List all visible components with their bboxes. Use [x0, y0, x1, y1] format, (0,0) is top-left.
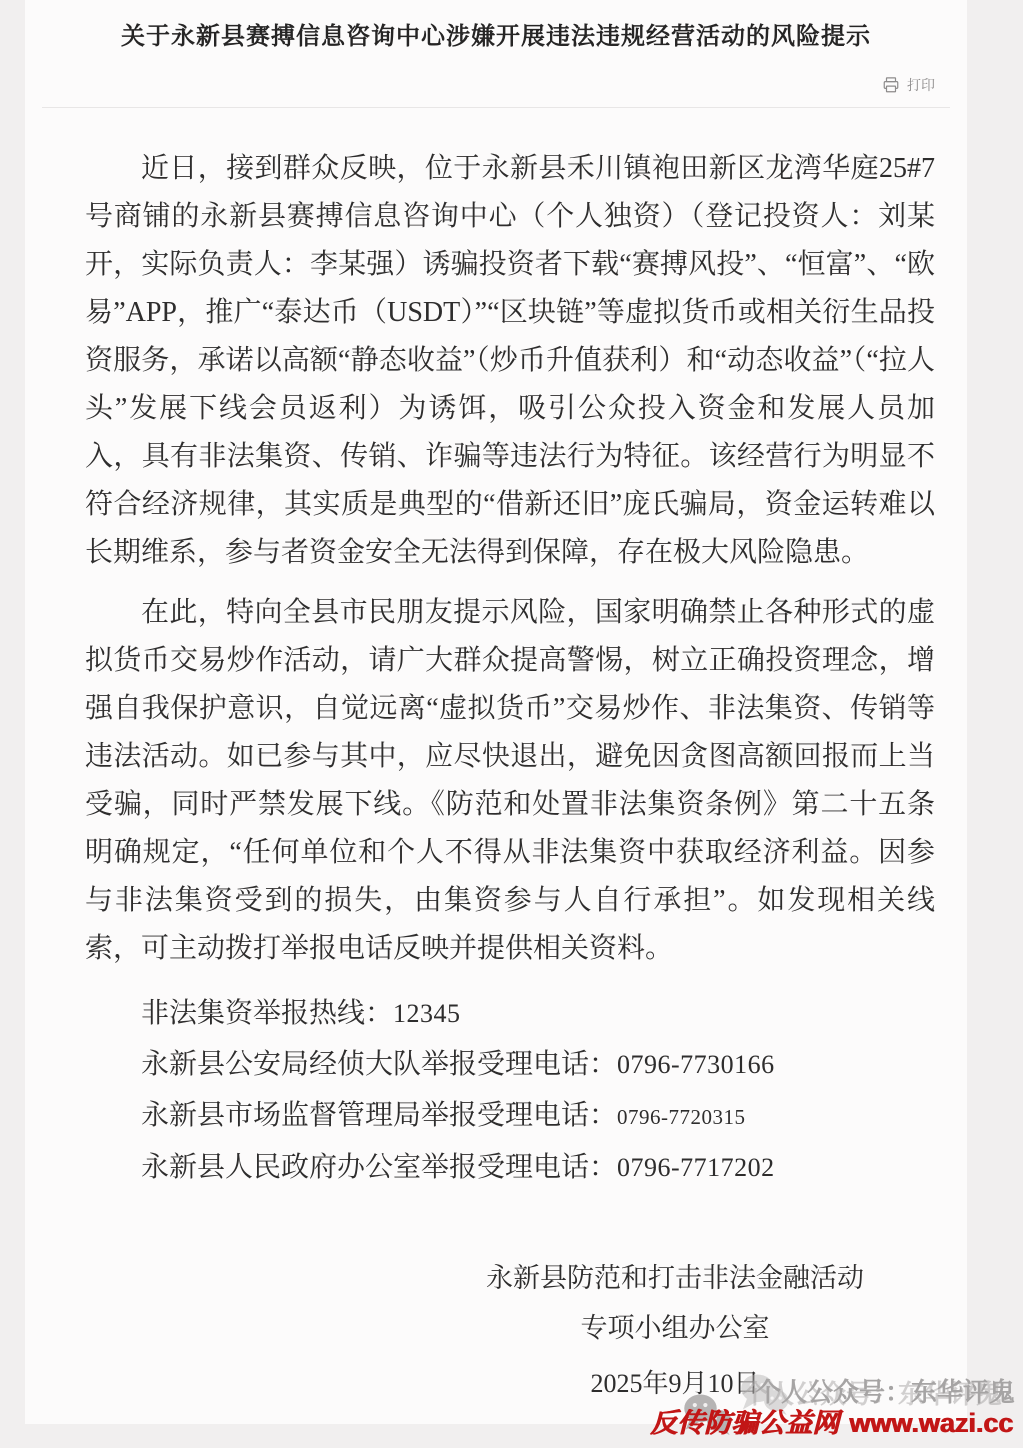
notice-body: 近日，接到群众反映，位于永新县禾川镇袍田新区龙湾华庭25#7号商铺的永新县赛搏信… — [85, 145, 935, 1409]
hotline-row-government: 永新县人民政府办公室举报受理电话：0796-7717202 — [85, 1151, 935, 1185]
hotline-row-market: 永新县市场监督管理局举报受理电话：0796-7720315 — [85, 1099, 935, 1134]
signature-block: 永新县防范和打击非法金融活动 专项小组办公室 2025年9月10日 — [435, 1253, 915, 1409]
paragraph-2: 在此，特向全县市民朋友提示风险，国家明确禁止各种形式的虚拟货币交易炒作活动，请广… — [85, 589, 935, 973]
signature-org-line2: 专项小组办公室 — [435, 1303, 915, 1353]
signature-org-line1: 永新县防范和打击非法金融活动 — [435, 1253, 915, 1303]
signature-date: 2025年9月10日 — [435, 1359, 915, 1409]
hotline-label: 非法集资举报热线： — [141, 998, 393, 1029]
print-button[interactable]: 打印 — [882, 75, 935, 95]
hotline-label: 永新县市场监督管理局举报受理电话： — [141, 1100, 617, 1131]
notice-document: 关于永新县赛搏信息咨询中心涉嫌开展违法违规经营活动的风险提示 打印 近日，接到群… — [25, 0, 967, 1424]
hotline-label: 永新县公安局经侦大队举报受理电话： — [141, 1049, 617, 1080]
hotline-row-police: 永新县公安局经侦大队举报受理电话：0796-7730166 — [85, 1048, 935, 1082]
paragraph-1: 近日，接到群众反映，位于永新县禾川镇袍田新区龙湾华庭25#7号商铺的永新县赛搏信… — [85, 145, 935, 577]
print-row: 打印 — [57, 75, 935, 99]
page-title: 关于永新县赛搏信息咨询中心涉嫌开展违法违规经营活动的风险提示 — [65, 16, 927, 51]
page: 关于永新县赛搏信息咨询中心涉嫌开展违法违规经营活动的风险提示 打印 近日，接到群… — [0, 0, 1023, 1448]
hotline-number: 0796-7720315 — [617, 1105, 746, 1129]
print-label: 打印 — [907, 75, 935, 95]
header-divider — [42, 107, 950, 108]
hotline-number: 12345 — [393, 999, 461, 1028]
hotline-label: 永新县人民政府办公室举报受理电话： — [141, 1152, 617, 1183]
printer-icon — [882, 76, 900, 94]
hotline-row-general: 非法集资举报热线：12345 — [85, 997, 935, 1031]
hotline-number: 0796-7717202 — [617, 1153, 775, 1182]
hotline-number: 0796-7730166 — [617, 1050, 775, 1079]
